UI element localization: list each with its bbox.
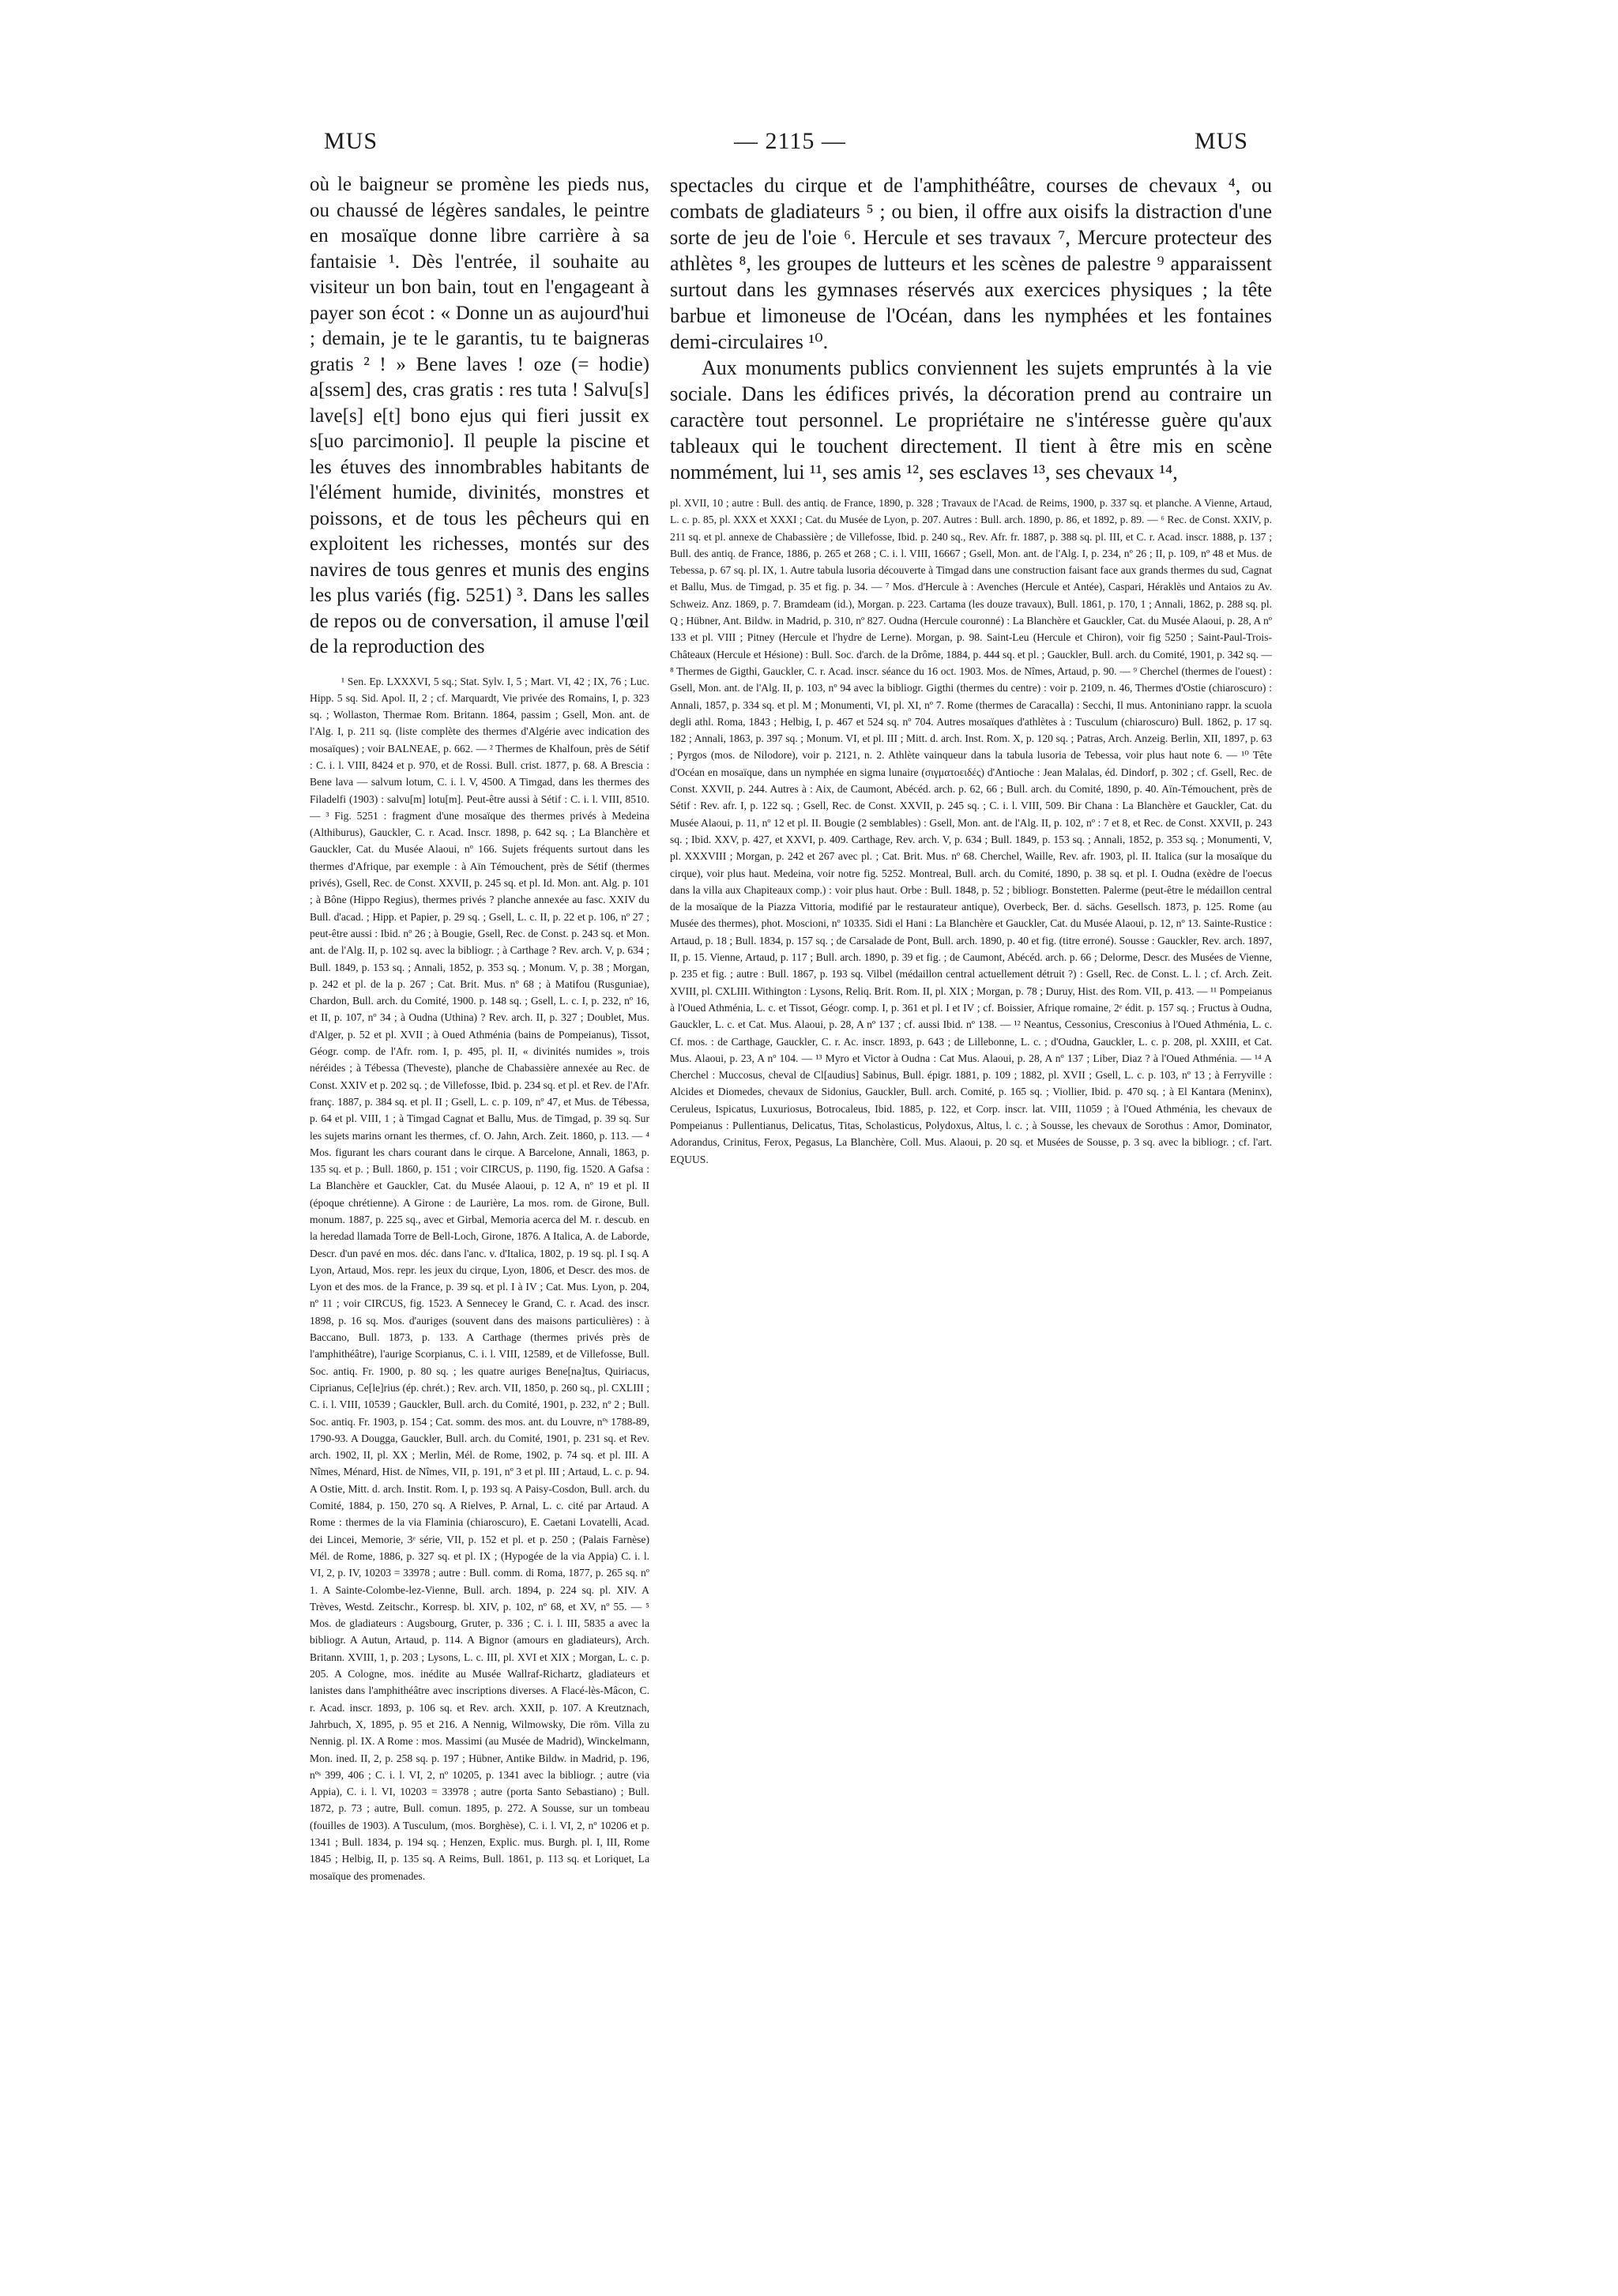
right-main-text-2: Aux monuments publics conviennent les su… (670, 355, 1272, 485)
left-column: où le baigneur se promène les pieds nus,… (310, 172, 649, 1884)
right-running-head: MUS (1195, 128, 1248, 155)
right-main-text-1: spectacles du cirque et de l'amphithéâtr… (670, 172, 1272, 355)
page-number: — 2115 — (308, 128, 1272, 155)
left-footnotes: ¹ Sen. Ep. LXXXVI, 5 sq.; Stat. Sylv. I,… (310, 673, 649, 1884)
right-footnotes: pl. XVII, 10 ; autre : Bull. des antiq. … (670, 495, 1272, 1168)
left-main-text: où le baigneur se promène les pieds nus,… (310, 172, 649, 661)
right-column: spectacles du cirque et de l'amphithéâtr… (670, 172, 1272, 1168)
running-header: MUS — 2115 — MUS (308, 128, 1272, 167)
